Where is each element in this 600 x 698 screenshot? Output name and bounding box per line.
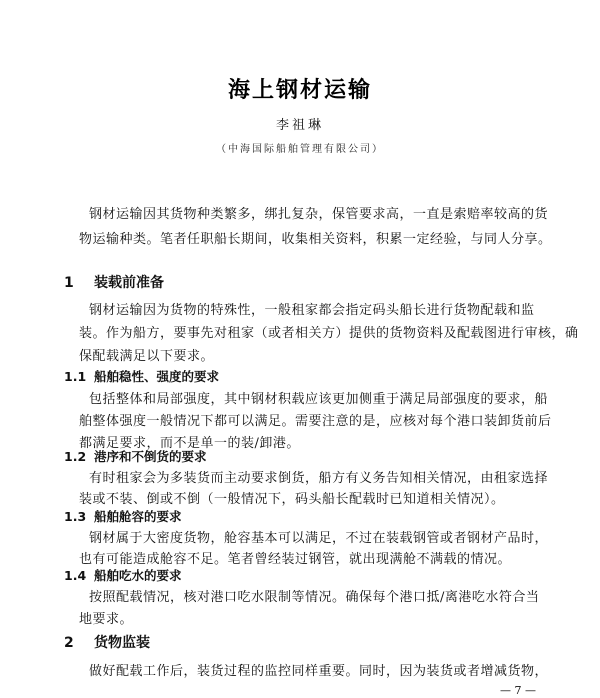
subsection-heading: 1.1船舶稳性、强度的要求 — [64, 367, 219, 385]
article-title: 海上钢材运输 — [0, 73, 600, 104]
subsection-number: 1.2 — [64, 449, 94, 464]
subsection-title: 船舶稳性、强度的要求 — [94, 369, 219, 384]
paragraph-line: 装或不装、倒或不倒（一般情况下，码头船长配载时已知道相关情况）。 — [79, 488, 505, 507]
paragraph-line: 舶整体强度一般情况下都可以满足。需要注意的是，应核对每个港口装卸货前后 — [79, 410, 552, 429]
subsection-title: 船舶吃水的要求 — [94, 568, 182, 583]
paragraph-line: 按照配载情况，核对港口吃水限制等情况。确保每个港口抵/离港吃水符合当 — [89, 586, 539, 605]
section-title: 装载前准备 — [94, 275, 164, 291]
subsection-heading: 1.4船舶吃水的要求 — [64, 566, 182, 584]
section-number: 1 — [64, 275, 94, 291]
subsection-number: 1.4 — [64, 568, 94, 583]
section-title: 货物监装 — [94, 635, 150, 651]
section-heading: 1装载前准备 — [64, 272, 164, 292]
paragraph-line: 有时租家会为多装货而主动要求倒货，船方有义务告知相关情况，由租家选择 — [89, 467, 548, 486]
paragraph-line: 包括整体和局部强度，其中钢材积载应该更加侧重于满足局部强度的要求，船 — [89, 388, 548, 407]
subsection-title: 港序和不倒货的要求 — [94, 449, 207, 464]
subsection-heading: 1.2港序和不倒货的要求 — [64, 447, 207, 465]
section-number: 2 — [64, 635, 94, 651]
paragraph-line: 保配载满足以下要求。 — [79, 345, 214, 364]
author-name: 李祖琳 — [0, 114, 600, 133]
author-affiliation: （中海国际船舶管理有限公司） — [0, 140, 600, 155]
document-page: 海上钢材运输 李祖琳 （中海国际船舶管理有限公司） 钢材运输因其货物种类繁多，绑… — [0, 0, 600, 698]
subsection-title: 船舶舱容的要求 — [94, 509, 182, 524]
paragraph-line: 做好配载工作后，装货过程的监控同样重要。同时，因为装货或者增减货物， — [89, 660, 548, 679]
paragraph-line: 钢材运输因为货物的特殊性，一般租家都会指定码头船长进行货物配载和监 — [89, 299, 535, 318]
subsection-number: 1.3 — [64, 509, 94, 524]
subsection-heading: 1.3船舶舱容的要求 — [64, 507, 182, 525]
paragraph-line: 钢材属于大密度货物，舱容基本可以满足，不过在装载钢管或者钢材产品时， — [89, 527, 548, 546]
page-number: — 7 — — [500, 684, 536, 697]
section-heading: 2货物监装 — [64, 632, 150, 652]
paragraph-line: 也有可能造成舱容不足。笔者曾经装过钢管，就出现满舱不满载的情况。 — [79, 548, 511, 567]
intro-line: 钢材运输因其货物种类繁多，绑扎复杂，保管要求高，一直是索赔率较高的货 — [89, 203, 548, 222]
subsection-number: 1.1 — [64, 369, 94, 384]
paragraph-line: 装。作为船方，要事先对租家（或者相关方）提供的货物资料及配载图进行审核，确 — [79, 322, 579, 341]
paragraph-line: 地要求。 — [79, 608, 133, 627]
intro-line: 物运输种类。笔者任职船长期间，收集相关资料，积累一定经验，与同人分享。 — [79, 228, 552, 247]
